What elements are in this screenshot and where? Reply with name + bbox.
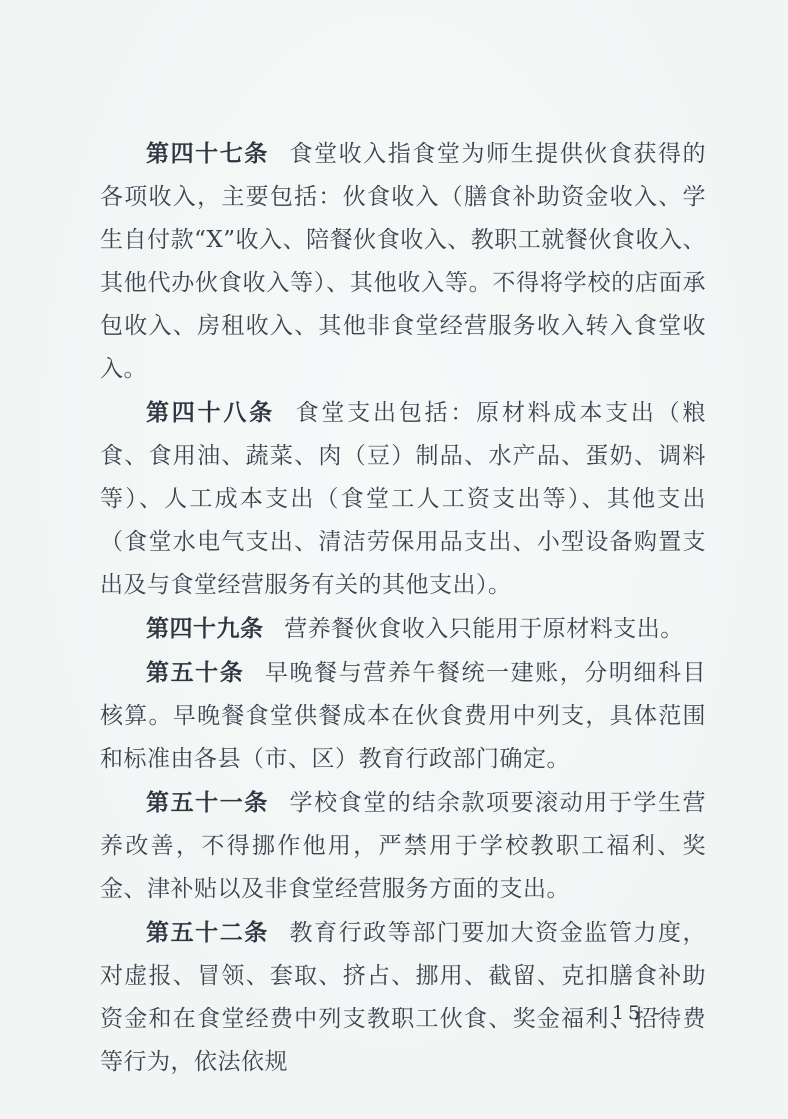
document-body: 第四十七条食堂收入指食堂为师生提供伙食获得的各项收入，主要包括：伙食收入（膳食补… — [100, 132, 706, 1084]
page-footer: - 15 - — [568, 1002, 688, 1024]
document-page: 第四十七条食堂收入指食堂为师生提供伙食获得的各项收入，主要包括：伙食收入（膳食补… — [0, 0, 788, 1119]
article-number: 第四十九条 — [146, 615, 264, 642]
article-number: 第五十条 — [146, 659, 244, 686]
article-paragraph: 第四十八条食堂支出包括：原材料成本支出（粮食、食用油、蔬菜、肉（豆）制品、水产品… — [100, 391, 706, 607]
article-number: 第四十八条 — [146, 399, 275, 426]
article-number: 第五十二条 — [146, 919, 269, 946]
article-paragraph: 第五十一条学校食堂的结余款项要滚动用于学生营养改善，不得挪作他用，严禁用于学校教… — [100, 781, 706, 911]
article-number: 第五十一条 — [146, 789, 269, 816]
article-number: 第四十七条 — [146, 140, 269, 167]
article-paragraph: 第五十二条教育行政等部门要加大资金监管力度，对虚报、冒领、套取、挤占、挪用、截留… — [100, 911, 706, 1084]
article-text: 食堂收入指食堂为师生提供伙食获得的各项收入，主要包括：伙食收入（膳食补助资金收入… — [100, 141, 706, 382]
article-paragraph: 第四十七条食堂收入指食堂为师生提供伙食获得的各项收入，主要包括：伙食收入（膳食补… — [100, 132, 706, 391]
page-number: - 15 - — [591, 1002, 664, 1024]
article-paragraph: 第五十条早晚餐与营养午餐统一建账，分明细科目核算。早晚餐食堂供餐成本在伙食费用中… — [100, 651, 706, 781]
article-text: 食堂支出包括：原材料成本支出（粮食、食用油、蔬菜、肉（豆）制品、水产品、蛋奶、调… — [100, 400, 706, 598]
article-paragraph: 第四十九条营养餐伙食收入只能用于原材料支出。 — [100, 607, 706, 651]
article-text: 营养餐伙食收入只能用于原材料支出。 — [284, 616, 684, 642]
